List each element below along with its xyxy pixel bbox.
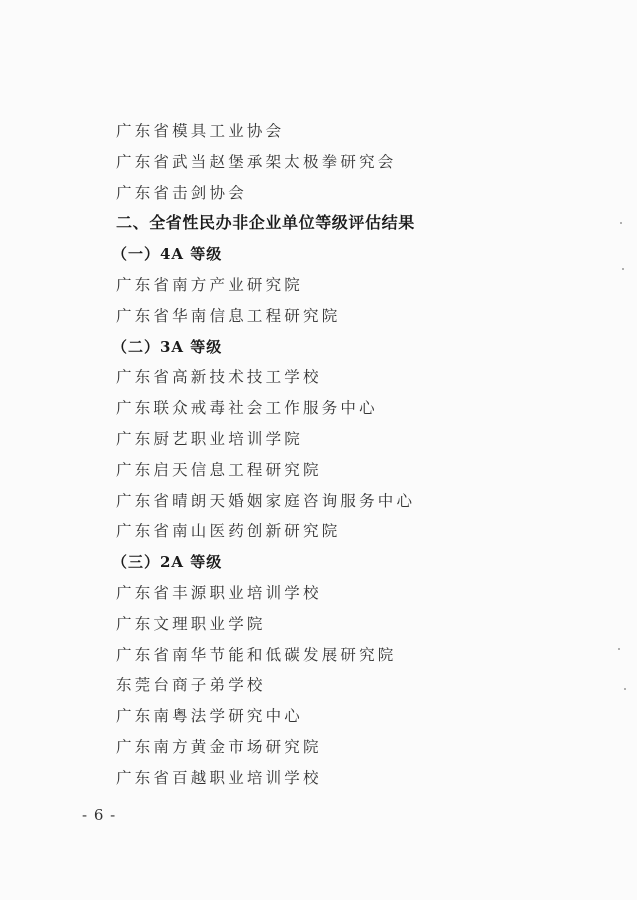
grade-heading-3a: （二）3A 等级 — [112, 332, 576, 363]
org-item: 广东省丰源职业培训学校 — [116, 578, 576, 609]
org-item: 广东南方黄金市场研究院 — [116, 732, 576, 763]
scan-speck — [624, 688, 626, 690]
org-item: 广东文理职业学院 — [116, 609, 576, 640]
org-item: 广东省南方产业研究院 — [116, 270, 576, 301]
org-item: 广东省南山医药创新研究院 — [116, 516, 576, 547]
scan-speck — [622, 268, 624, 270]
org-item: 广东联众戒毒社会工作服务中心 — [116, 393, 576, 424]
scan-speck — [618, 648, 620, 650]
org-item: 广东省南华节能和低碳发展研究院 — [116, 640, 576, 671]
org-item: 广东省模具工业协会 — [116, 116, 576, 147]
org-item: 广东省华南信息工程研究院 — [116, 301, 576, 332]
org-item: 广东南粤法学研究中心 — [116, 701, 576, 732]
grade-heading-2a: （三）2A 等级 — [112, 547, 576, 578]
org-item: 广东省高新技术技工学校 — [116, 362, 576, 393]
grade-heading-4a: （一）4A 等级 — [112, 239, 576, 270]
scan-speck — [620, 222, 622, 224]
org-item: 广东启天信息工程研究院 — [116, 455, 576, 486]
page-number: - 6 - — [82, 806, 116, 824]
org-item: 东莞台商子弟学校 — [116, 670, 576, 701]
org-item: 广东厨艺职业培训学院 — [116, 424, 576, 455]
org-item: 广东省百越职业培训学校 — [116, 763, 576, 794]
org-item: 广东省晴朗天婚姻家庭咨询服务中心 — [116, 486, 576, 517]
org-item: 广东省武当赵堡承架太极拳研究会 — [116, 147, 576, 178]
document-body: 广东省模具工业协会 广东省武当赵堡承架太极拳研究会 广东省击剑协会 二、全省性民… — [116, 116, 576, 794]
section-heading: 二、全省性民办非企业单位等级评估结果 — [116, 208, 576, 239]
org-item: 广东省击剑协会 — [116, 178, 576, 209]
document-page: 广东省模具工业协会 广东省武当赵堡承架太极拳研究会 广东省击剑协会 二、全省性民… — [0, 0, 637, 900]
